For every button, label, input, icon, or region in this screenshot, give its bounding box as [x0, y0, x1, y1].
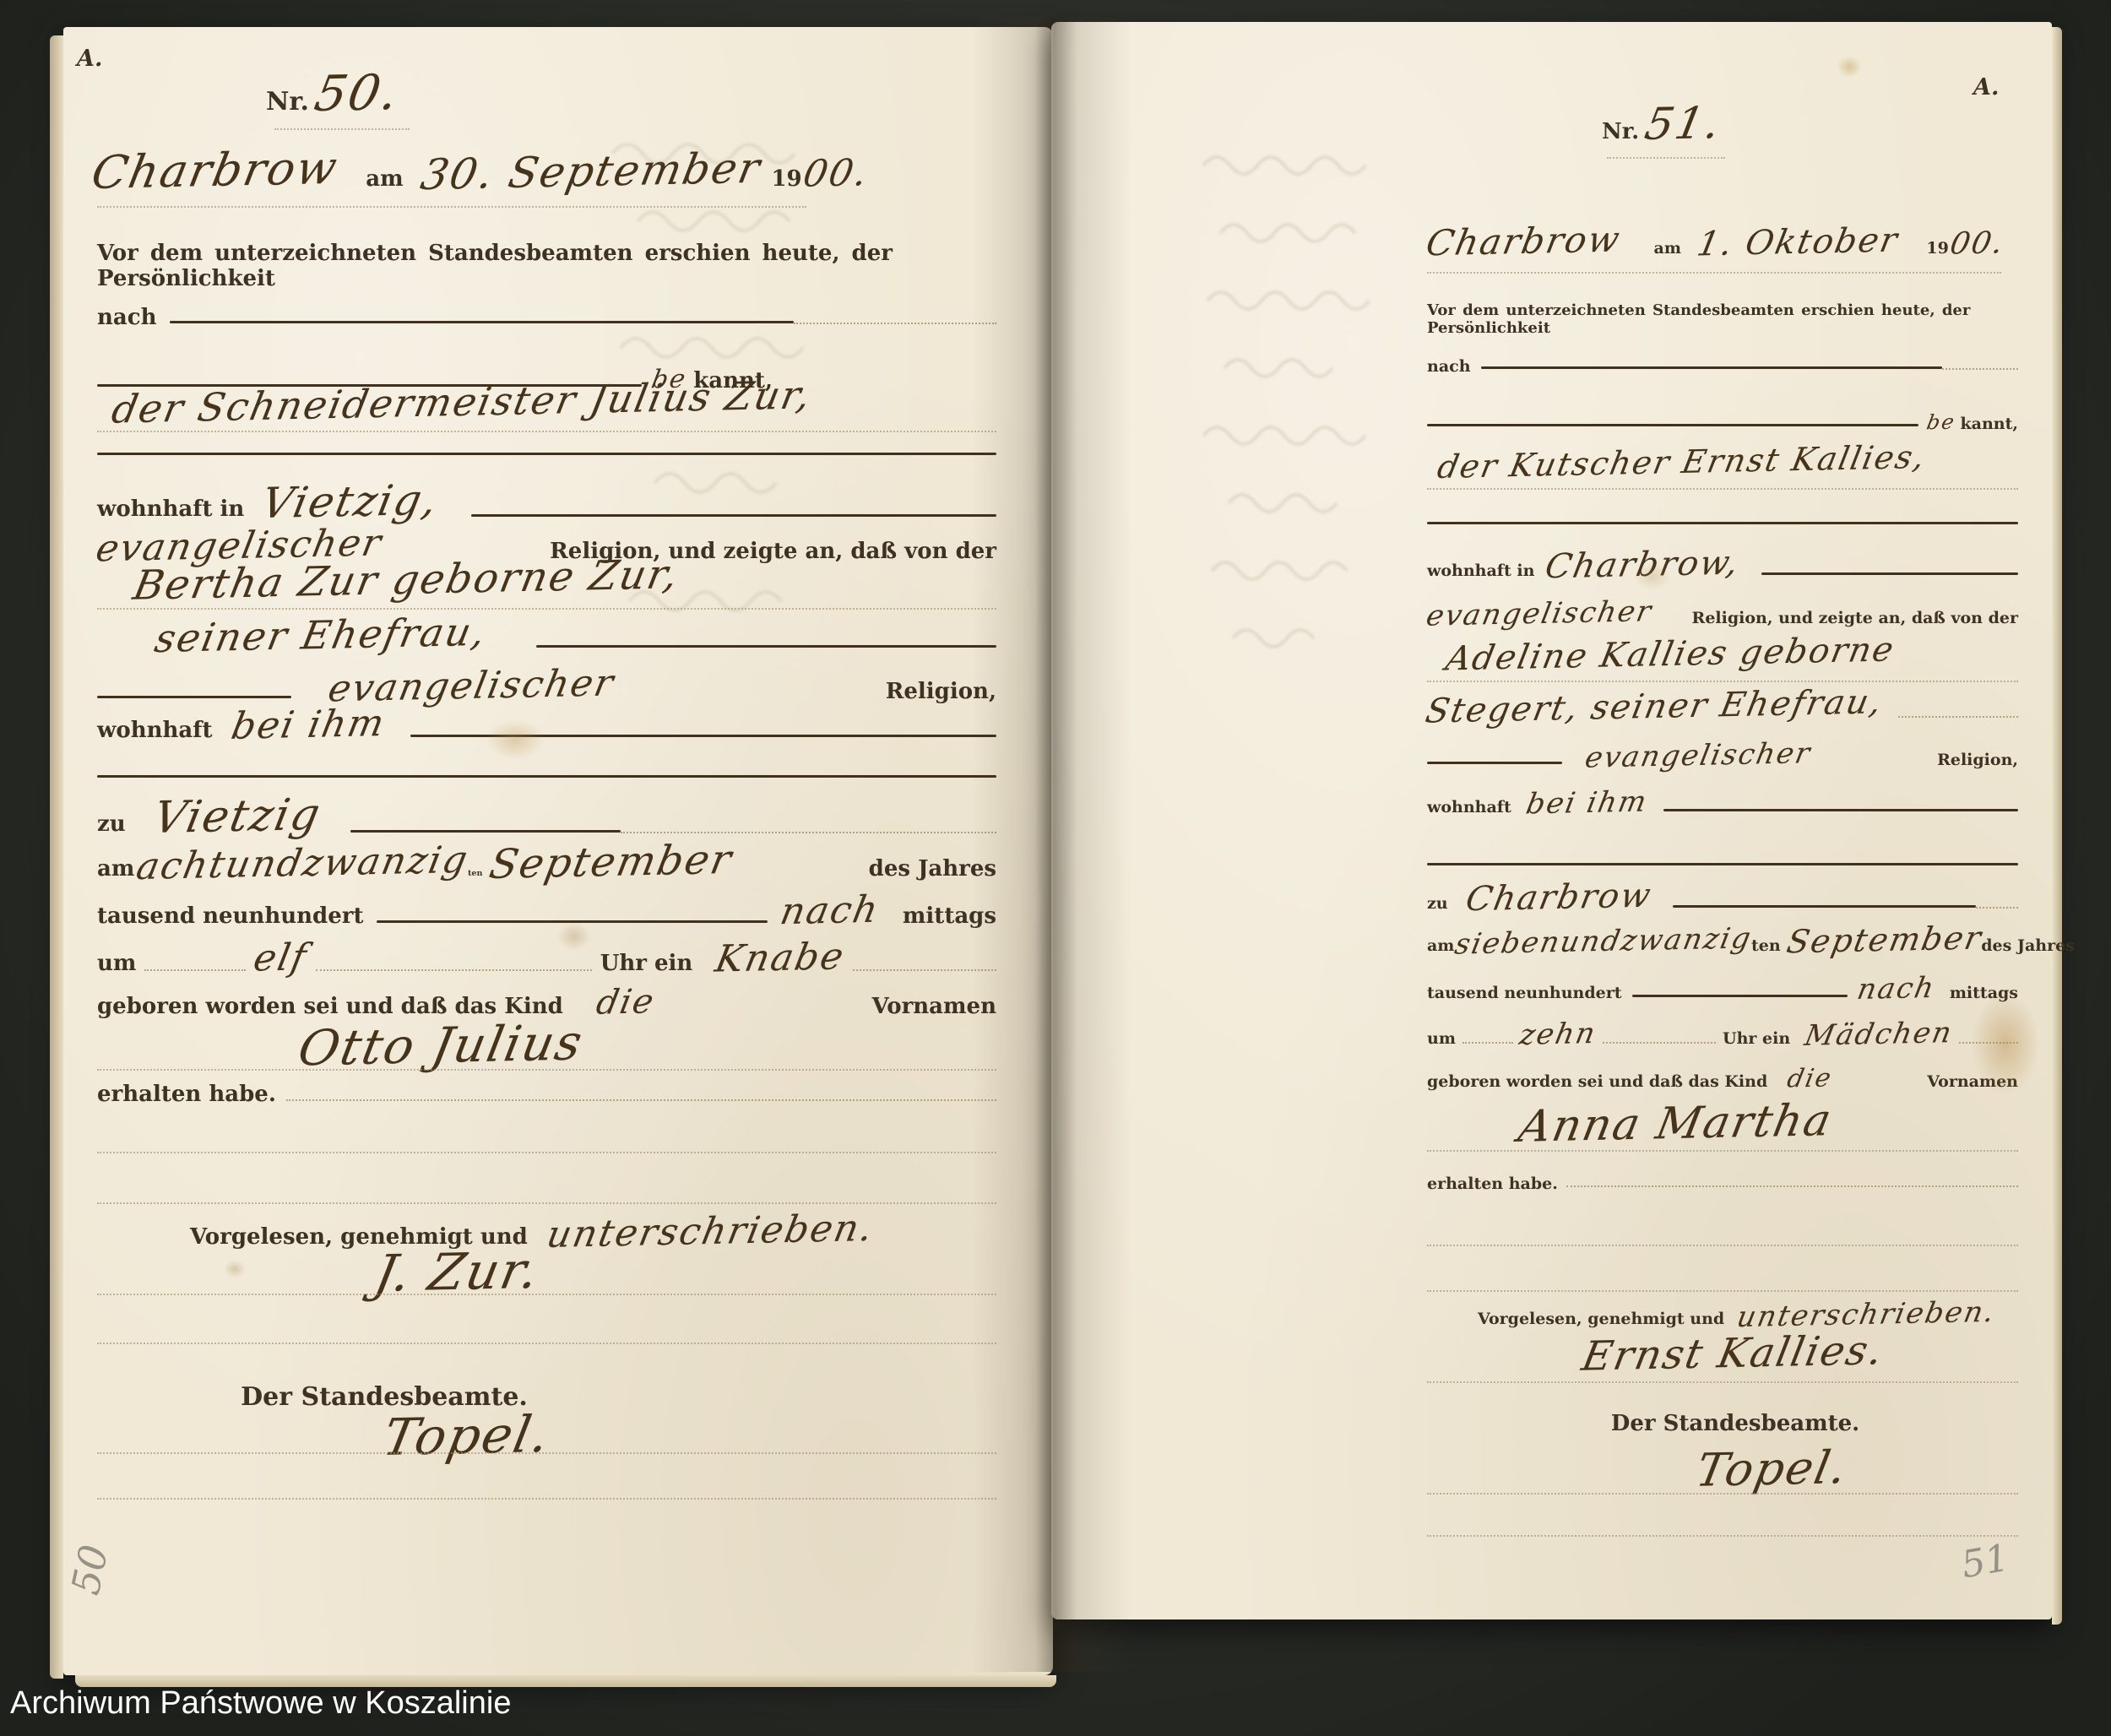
rule: [1427, 1150, 2018, 1152]
place-date-row: Charbrow am 30. September 19 00.: [93, 147, 794, 195]
year-prefix: 19: [771, 167, 801, 193]
dotted-line: [853, 969, 996, 971]
registrar-signature-row: Topel.: [1427, 1446, 2018, 1494]
uhr-ein-label: Uhr ein: [1723, 1030, 1790, 1049]
mother-row-1: Adeline Kallies geborne: [1427, 637, 2018, 672]
dotted-line: [286, 1099, 996, 1101]
dotted-line: [144, 969, 246, 971]
religion-label: Religion,: [886, 680, 996, 705]
vornamen-label: Vornamen: [1927, 1073, 2018, 1092]
record-number-row: Nr. 50.: [266, 68, 399, 119]
rule: [97, 1152, 996, 1153]
die-word: die: [1785, 1065, 1835, 1093]
erhalten-row: erhalten habe.: [97, 1082, 996, 1108]
record-number-row: Nr. 51.: [1602, 101, 1721, 148]
ink-line: [1427, 522, 2018, 524]
residence-mother-value: bei ihm: [1523, 788, 1650, 821]
child-name-value: Otto Julius: [294, 1017, 587, 1075]
mother-row-2: Stegert, seiner Ehefrau,: [1427, 689, 2018, 724]
religion-mother-value: evangelischer: [1582, 739, 1814, 773]
residence-value: Vietzig,: [258, 478, 442, 526]
wohnhaft-label: wohnhaft: [1427, 799, 1511, 817]
rule: [1427, 1535, 2018, 1537]
child-name-row: Otto Julius: [97, 1020, 996, 1071]
des-jahres-label: des Jahres: [869, 857, 996, 882]
pencil-folio-number: 51: [1958, 1537, 2012, 1587]
ten-suffix: ten: [468, 869, 483, 878]
tausend-label: tausend neunhundert: [97, 904, 363, 930]
ink-line: [1427, 424, 1918, 426]
um-label: um: [1427, 1030, 1456, 1049]
ink-line: [377, 920, 768, 923]
erhalten-label: erhalten habe.: [97, 1082, 276, 1108]
wohnhaft-in-label: wohnhaft in: [1427, 562, 1534, 581]
archive-scan-viewport: { "watermark": "Archiwum Państwowe w Kos…: [0, 0, 2111, 1736]
birth-year-row: tausend neunhundert nach mittags: [1427, 974, 2018, 1005]
ink-line: [1427, 762, 1562, 764]
kannt-label: kannt,: [1961, 415, 2019, 434]
ink-line: [1632, 995, 1848, 997]
child-sex-value: Mädchen: [1802, 1018, 1955, 1051]
ink-line: [1673, 905, 1976, 908]
standesbeamte-label: Der Standesbeamte.: [1611, 1412, 1859, 1437]
vorgelesen-label: Vorgelesen, genehmigt und: [1478, 1310, 1724, 1329]
rule: [97, 1498, 996, 1500]
archive-watermark: Archiwum Państwowe w Koszalinie: [10, 1685, 511, 1722]
birth-day-row: am achtundzwanzig ten September des Jahr…: [97, 841, 996, 883]
birth-day-value: achtundzwanzig: [133, 841, 472, 887]
mittags-label: mittags: [903, 904, 996, 930]
vorgelesen-row: Vorgelesen, genehmigt und unterschrieben…: [1478, 1300, 2018, 1331]
bekannt-row: be kannt,: [1427, 412, 2018, 434]
date-value: 1. Oktober: [1694, 223, 1902, 263]
religion-label: Religion,: [1937, 751, 2018, 770]
religion-mother-row: evangelischer Religion,: [97, 667, 996, 706]
corner-label: A.: [77, 46, 102, 72]
dotted-line: [1976, 907, 2018, 909]
ink-line: [170, 321, 794, 323]
rule: [1427, 1381, 2018, 1383]
folio-number-value: 50: [62, 1541, 117, 1598]
mother-row-1: Bertha Zur geborne Zur,: [97, 559, 996, 601]
birth-hour-row: um zehn Uhr ein Mädchen: [1427, 1020, 2018, 1050]
record-number: 50.: [311, 67, 404, 120]
wohnhaft-label: wohnhaft: [97, 719, 212, 744]
declarant-signature: J. Zur.: [371, 1245, 545, 1301]
residence-mother-value: bei ihm: [229, 704, 389, 746]
wohnhaft-in-label: wohnhaft in: [97, 497, 244, 523]
declarant-signature: Ernst Kallies.: [1578, 1329, 1887, 1378]
ink-line: [1663, 809, 2018, 811]
registrar-signature: Topel.: [1692, 1444, 1852, 1495]
des-jahres-label: des Jahres: [1981, 937, 2075, 956]
nach-row: nach: [97, 306, 996, 331]
declarant-signature-row: J. Zur.: [97, 1246, 996, 1299]
dotted-line: [316, 969, 592, 971]
rule: [1427, 1290, 2018, 1292]
rule: [97, 1202, 996, 1204]
place-date-row: Charbrow am 1. Oktober 19 00.: [1427, 223, 2010, 260]
paper-stain: [1837, 56, 1862, 78]
rule: [97, 206, 806, 208]
ink-line: [97, 453, 996, 455]
vornamen-row: geboren worden sei und daß das Kind die …: [1427, 1066, 2018, 1093]
rule: [1427, 681, 2018, 682]
am-label: am: [1654, 240, 1681, 258]
declarant-value: der Schneidermeister Julius Zur,: [109, 374, 816, 430]
mother-row-2: seiner Ehefrau,: [97, 615, 996, 655]
birth-month-value: September: [1783, 922, 1984, 960]
rule: [1427, 488, 2018, 490]
intro-row: Vor dem unterzeichneten Standesbeamten e…: [1427, 302, 2018, 337]
date-value: 30. September: [417, 146, 765, 198]
dotted-line: [1603, 1042, 1716, 1044]
record-number: 51.: [1642, 100, 1726, 148]
residence-mother-row: wohnhaft bei ihm: [1427, 789, 2018, 819]
tausend-label: tausend neunhundert: [1427, 985, 1622, 1003]
rule: [97, 1452, 996, 1454]
intro-text: Vor dem unterzeichneten Standesbeamten e…: [1427, 302, 2018, 337]
nach-label: nach: [97, 306, 156, 331]
rule: [1427, 1245, 2018, 1246]
birth-place-row: zu Vietzig: [97, 794, 996, 840]
erhalten-row: erhalten habe.: [1427, 1175, 2018, 1194]
ink-line: [1427, 863, 2018, 865]
am-label: am: [366, 167, 403, 193]
ink-line: [410, 735, 996, 737]
ink-line: [536, 645, 996, 648]
mother-name-value: Bertha Zur geborne Zur,: [130, 553, 683, 607]
die-word: die: [594, 984, 658, 1020]
birth-place-value: Charbrow: [1463, 878, 1654, 918]
daytime-value: nach: [1854, 974, 1937, 1006]
rule: [97, 608, 996, 610]
dotted-line: [621, 832, 996, 833]
intro-text: Vor dem unterzeichneten Standesbeamten e…: [97, 241, 996, 292]
vornamen-label: Vornamen: [871, 995, 996, 1020]
year-value: 00.: [800, 154, 871, 194]
ink-line: [97, 696, 291, 698]
erhalten-label: erhalten habe.: [1427, 1175, 1558, 1194]
religion-mother-row: evangelischer Religion,: [1427, 741, 2018, 772]
child-name-value: Anna Martha: [1515, 1098, 1837, 1150]
residence-row: wohnhaft in Vietzig,: [97, 480, 996, 524]
rule: [97, 1294, 996, 1295]
registrar-signature: Topel.: [379, 1408, 556, 1465]
zu-label: zu: [1427, 895, 1448, 914]
birth-place-value: Vietzig: [149, 792, 325, 842]
rule: [97, 1069, 996, 1071]
place-value: Charbrow: [1423, 221, 1624, 263]
year-prefix: 19: [1926, 240, 1948, 258]
daytime-value: nach: [778, 891, 883, 932]
nach-label: nach: [1427, 358, 1471, 377]
mother-ehefrau-value: Stegert, seiner Ehefrau,: [1423, 684, 1886, 729]
birth-day-value: siebenundzwanzig: [1452, 924, 1755, 960]
religion-declarant-value: evangelischer: [1424, 597, 1655, 632]
residence-row: wohnhaft in Charbrow,: [1427, 547, 2018, 583]
folio-number-value: 51: [1958, 1537, 2012, 1587]
register-page-right: A. Nr. 51. Charbrow am 1. Oktober 19 00.…: [1051, 22, 2052, 1619]
dotted-line: [794, 323, 996, 324]
section-letter: A.: [1973, 74, 1999, 100]
religion-zeigte-label: Religion, und zeigte an, daß von der: [1692, 610, 2018, 628]
birth-day-row: am siebenundzwanzig ten September des Ja…: [1427, 924, 2018, 958]
dotted-line: [1942, 368, 2018, 370]
residence-mother-row: wohnhaft bei ihm: [97, 706, 996, 745]
dotted-line: [1898, 716, 2018, 718]
rule: [1427, 1493, 2018, 1495]
be-syllable: be: [1924, 412, 1957, 434]
dotted-line: [1463, 1042, 1513, 1044]
rule: [97, 431, 996, 432]
child-sex-value: Knabe: [713, 937, 849, 979]
corner-label: A.: [1973, 74, 1999, 100]
registrar-signature-row: Topel.: [97, 1410, 996, 1463]
place-value: Charbrow: [88, 144, 342, 198]
mother-name-value: Adeline Kallies geborne: [1443, 632, 1898, 676]
am-label: am: [97, 857, 134, 882]
birth-hour-row: um elf Uhr ein Knabe: [97, 939, 996, 978]
mother-ehefrau-value: seiner Ehefrau,: [152, 611, 491, 659]
dotted-line: [1959, 1042, 2018, 1044]
birth-place-row: zu Charbrow: [1427, 880, 2018, 915]
birth-month-value: September: [486, 838, 736, 886]
register-page-left: A. Nr. 50. Charbrow am 30. September 19 …: [63, 27, 1053, 1675]
uhr-ein-label: Uhr ein: [600, 952, 693, 977]
am-label: am: [1427, 937, 1454, 956]
ink-line: [471, 514, 996, 517]
birth-hour-value: zehn: [1517, 1019, 1598, 1051]
ink-line: [1481, 366, 1942, 369]
registrar-title-row: Der Standesbeamte.: [1558, 1412, 1913, 1437]
um-label: um: [97, 952, 136, 977]
rule: [97, 1343, 996, 1344]
geboren-label: geboren worden sei und daß das Kind: [1427, 1073, 1767, 1092]
residence-value: Charbrow,: [1543, 545, 1743, 585]
ten-suffix: ten: [1751, 937, 1781, 956]
declarant-value: der Kutscher Ernst Kallies,: [1435, 441, 1929, 485]
declarant-row: der Kutscher Ernst Kallies,: [1427, 446, 2018, 480]
nr-label: Nr.: [1602, 120, 1639, 145]
mittags-label: mittags: [1950, 985, 2018, 1003]
ink-line: [350, 830, 621, 833]
pencil-folio-number: 50: [62, 1541, 117, 1598]
zu-label: zu: [97, 812, 126, 838]
rule: [1427, 272, 2001, 274]
rule: [274, 128, 410, 130]
rule: [1607, 157, 1725, 159]
birth-year-row: tausend neunhundert nach mittags: [97, 892, 996, 930]
intro-row: Vor dem unterzeichneten Standesbeamten e…: [97, 241, 996, 292]
ink-line: [97, 775, 996, 778]
bleedthrough-ghost-writing: [1186, 132, 1440, 740]
nach-row: nach: [1427, 358, 2018, 377]
dotted-line: [1566, 1185, 2018, 1187]
nr-label: Nr.: [266, 88, 309, 117]
section-letter: A.: [77, 46, 102, 72]
year-value: 00.: [1947, 227, 2007, 260]
ink-line: [1761, 572, 2018, 575]
child-name-row: Anna Martha: [1427, 1101, 2018, 1147]
religion-declarant-row: evangelischer Religion, und zeigte an, d…: [1427, 599, 2018, 630]
declarant-signature-row: Ernst Kallies.: [1427, 1332, 2018, 1375]
declarant-row: der Schneidermeister Julius Zur,: [97, 382, 996, 422]
birth-hour-value: elf: [251, 938, 312, 978]
